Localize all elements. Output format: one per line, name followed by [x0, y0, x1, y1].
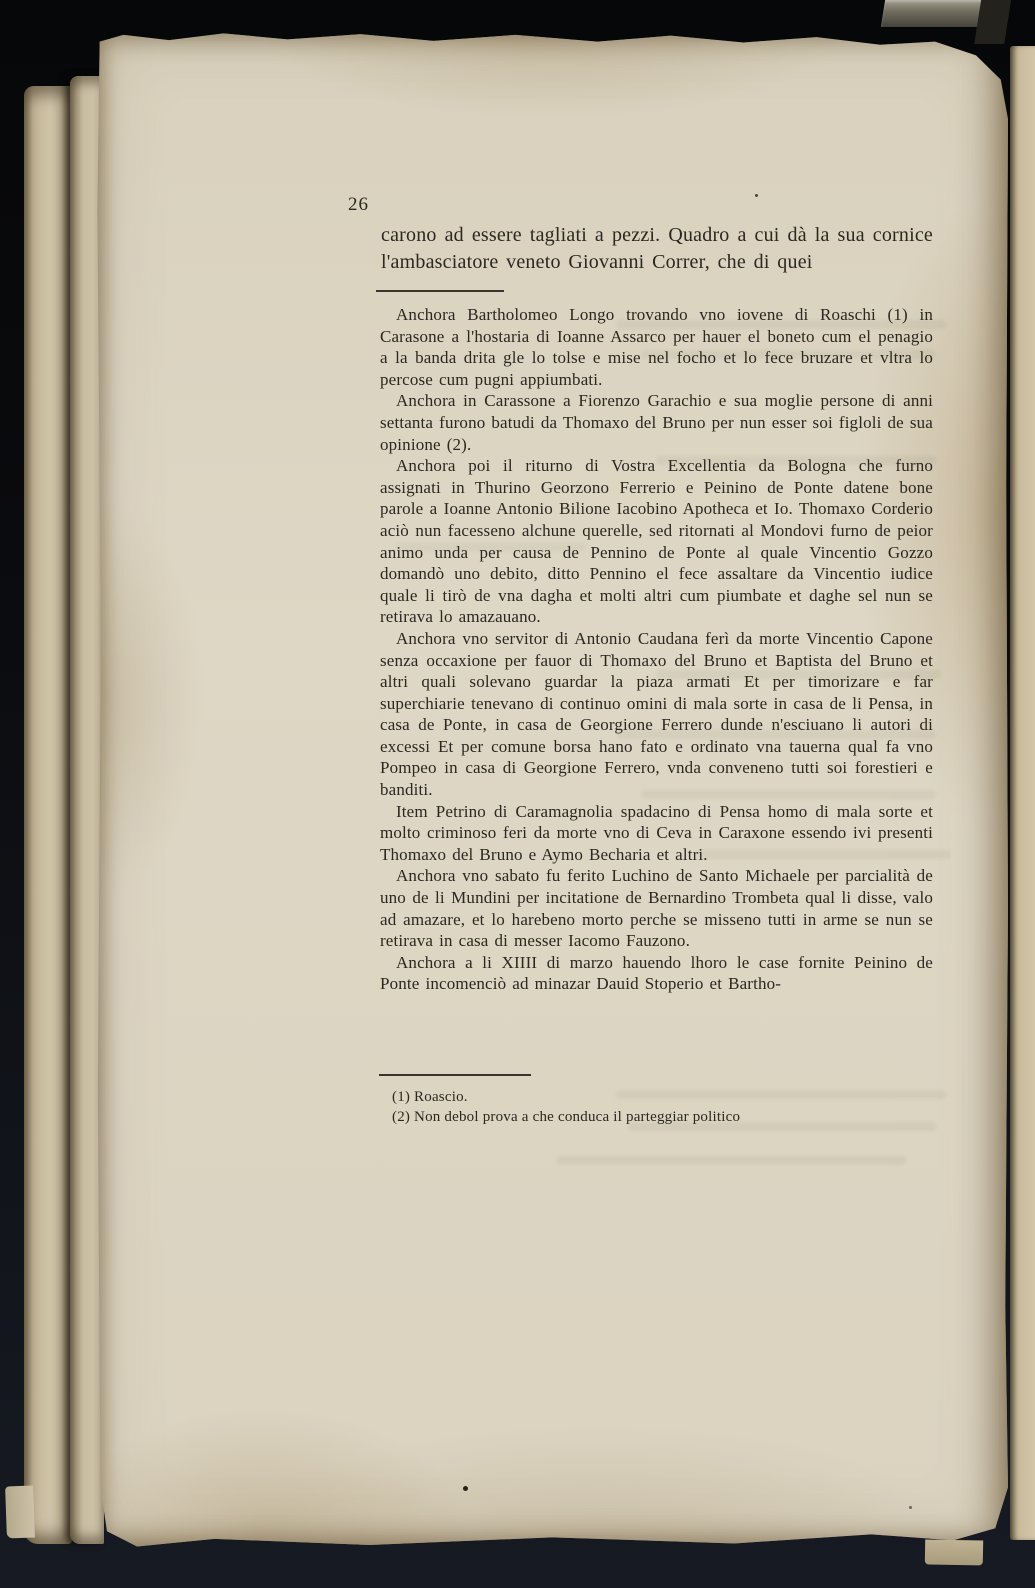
- footnote-paragraph: Anchora poi il riturno di Vostra Excelle…: [380, 455, 933, 628]
- page-stack-edge-outer: [24, 86, 72, 1544]
- footnote-paragraph: Anchora vno servitor di Antonio Caudana …: [380, 628, 933, 801]
- footnote-paragraph: Anchora a li XIIII di marzo hauendo lhor…: [380, 952, 933, 995]
- sub-footnote-separator-rule: [379, 1074, 531, 1076]
- book-clamp: [881, 0, 985, 27]
- footnote-paragraph: Anchora vno sabato fu ferito Luchino de …: [380, 865, 933, 951]
- book-page: 26 carono ad essere tagliati a pezzi. Qu…: [96, 28, 1008, 1548]
- sub-footnote-text: Roascio.: [414, 1089, 468, 1105]
- page-stack-corner: [5, 1486, 35, 1539]
- next-page-edge: [1010, 46, 1035, 1540]
- footnote-block: Anchora Bartholomeo Longo trovando vno i…: [380, 304, 933, 995]
- footnote-paragraph: Anchora in Carassone a Fiorenzo Garachio…: [380, 390, 933, 455]
- ink-speck: [755, 194, 758, 197]
- sub-footnotes: (1) Roascio. (2) Non debol prova a che c…: [392, 1088, 932, 1127]
- sub-footnote: (1) Roascio.: [392, 1088, 932, 1108]
- page-number: 26: [348, 194, 369, 216]
- sub-footnote-marker: (1): [392, 1089, 410, 1105]
- ink-speck: [463, 1486, 468, 1491]
- ink-speck: [909, 1506, 912, 1509]
- book-scan: 26 carono ad essere tagliati a pezzi. Qu…: [0, 0, 1035, 1588]
- sub-footnote: (2) Non debol prova a che conduca il par…: [392, 1108, 932, 1128]
- page-bottom-tab: [925, 1539, 983, 1565]
- sub-footnote-text: Non debol prova a che conduca il partegg…: [414, 1109, 740, 1125]
- body-text: carono ad essere tagliati a pezzi. Quadr…: [381, 222, 933, 275]
- footnote-paragraph: Anchora Bartholomeo Longo trovando vno i…: [380, 304, 933, 390]
- sub-footnote-marker: (2): [392, 1109, 410, 1125]
- footnote-separator-rule: [376, 290, 504, 292]
- footnote-paragraph: Item Petrino di Caramagnolia spadacino d…: [380, 801, 933, 866]
